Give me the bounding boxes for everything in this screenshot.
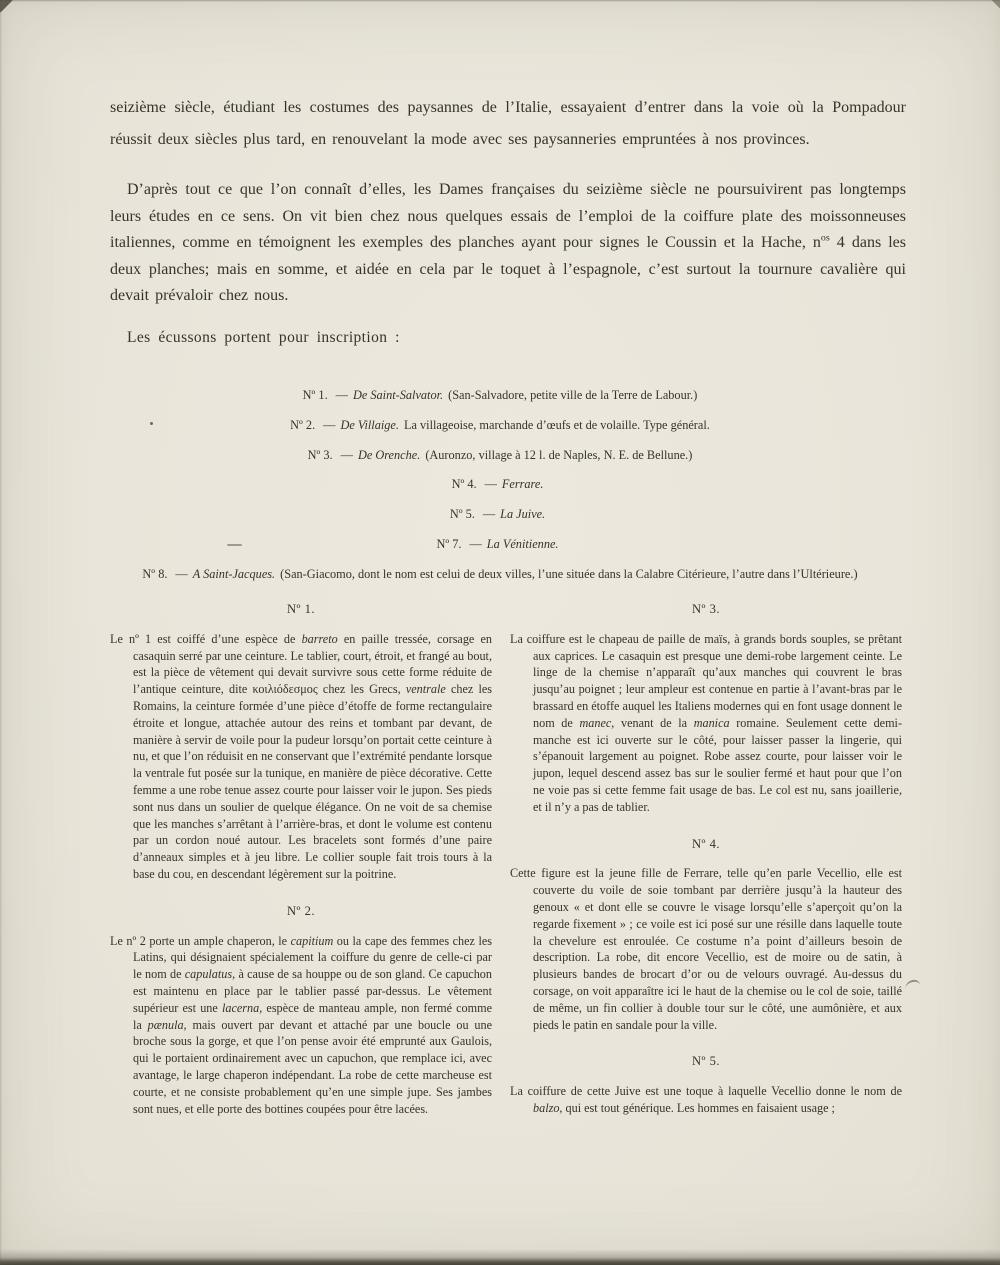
inscription-item-7: Nº 7.—La Vénitienne. <box>0 530 1000 560</box>
section-paragraph-no1: Le nº 1 est coiffé d’une espèce de barre… <box>110 631 492 883</box>
inscription-item-8: Nº 8.—A Saint-Jacques.(San-Giacomo, dont… <box>0 560 1000 590</box>
section-paragraph-no3: La coiffure est le chapeau de paille de … <box>510 631 902 816</box>
section-heading-no4: Nº 4. <box>510 836 902 853</box>
inscription-name: Ferrare. <box>502 477 544 491</box>
inscription-number: Nº 7. <box>436 537 461 551</box>
section-heading-no3: Nº 3. <box>510 601 902 618</box>
inscription-dash: — <box>485 477 497 491</box>
scan-artifact-dash <box>227 544 242 546</box>
inscription-description: (San-Salvadore, petite ville de la Terre… <box>448 388 697 402</box>
section-heading-no2: Nº 2. <box>110 903 492 920</box>
inscription-dash: — <box>483 507 495 521</box>
scan-corner-top-left <box>0 0 13 13</box>
column-right: Nº 3. La coiffure est le chapeau de pail… <box>510 601 902 1117</box>
inscription-number: Nº 8. <box>142 567 167 581</box>
scanned-book-page: seizième siècle, étudiant les costumes d… <box>0 0 1000 1265</box>
intro-paragraph-2: D’après tout ce que l’on connaît d’elles… <box>110 177 906 310</box>
section-heading-no1: Nº 1. <box>110 601 492 618</box>
scan-edge-left <box>0 0 2 1265</box>
section-paragraph-no2: Le nº 2 porte un ample chaperon, le capi… <box>110 933 492 1118</box>
scan-corner-top-right <box>992 0 1000 8</box>
inscription-description: (Auronzo, village à 12 l. de Naples, N. … <box>425 448 692 462</box>
inscription-number: Nº 5. <box>450 507 475 521</box>
inscription-item-1: Nº 1.—De Saint-Salvator.(San-Salvadore, … <box>0 381 1000 411</box>
inscriptions-heading: Les écussons portent pour inscription : <box>127 329 400 347</box>
inscription-item-2: Nº 2.—De Villaige.La villageoise, marcha… <box>0 411 1000 441</box>
inscription-name: De Villaige. <box>340 418 399 432</box>
inscription-item-4: Nº 4.—Ferrare. <box>0 470 1000 500</box>
scan-artifact-tilde <box>905 979 921 989</box>
inscription-name: A Saint-Jacques. <box>193 567 275 581</box>
inscription-number: Nº 1. <box>303 388 328 402</box>
column-left: Nº 1. Le nº 1 est coiffé d’une espèce de… <box>110 601 492 1117</box>
inscription-dash: — <box>341 448 353 462</box>
inscriptions-list: Nº 1.—De Saint-Salvator.(San-Salvadore, … <box>0 381 1000 590</box>
inscription-name: De Orenche. <box>358 448 420 462</box>
inscription-dash: — <box>323 418 335 432</box>
intro-paragraph-1: seizième siècle, étudiant les costumes d… <box>110 92 906 156</box>
section-paragraph-no4: Cette figure est la jeune fille de Ferra… <box>510 865 902 1033</box>
scan-artifact-dot <box>150 422 153 425</box>
inscription-name: La Vénitienne. <box>487 537 559 551</box>
inscription-description: (San-Giacomo, dont le nom est celui de d… <box>280 567 857 581</box>
section-heading-no5: Nº 5. <box>510 1053 902 1070</box>
inscription-number: Nº 3. <box>308 448 333 462</box>
scan-edge-top <box>0 0 1000 2</box>
inscription-dash: — <box>175 567 187 581</box>
scan-edge-bottom <box>0 1249 1000 1265</box>
inscription-item-5: Nº 5.—La Juive. <box>0 500 1000 530</box>
inscription-number: Nº 2. <box>290 418 315 432</box>
inscription-item-3: Nº 3.—De Orenche.(Auronzo, village à 12 … <box>0 441 1000 471</box>
inscription-name: De Saint-Salvator. <box>353 388 443 402</box>
section-paragraph-no5: La coiffure de cette Juive est une toque… <box>510 1083 902 1117</box>
inscription-dash: — <box>469 537 481 551</box>
inscription-name: La Juive. <box>500 507 545 521</box>
inscription-description: La villageoise, marchande d’œufs et de v… <box>404 418 710 432</box>
inscription-number: Nº 4. <box>452 477 477 491</box>
inscription-dash: — <box>336 388 348 402</box>
